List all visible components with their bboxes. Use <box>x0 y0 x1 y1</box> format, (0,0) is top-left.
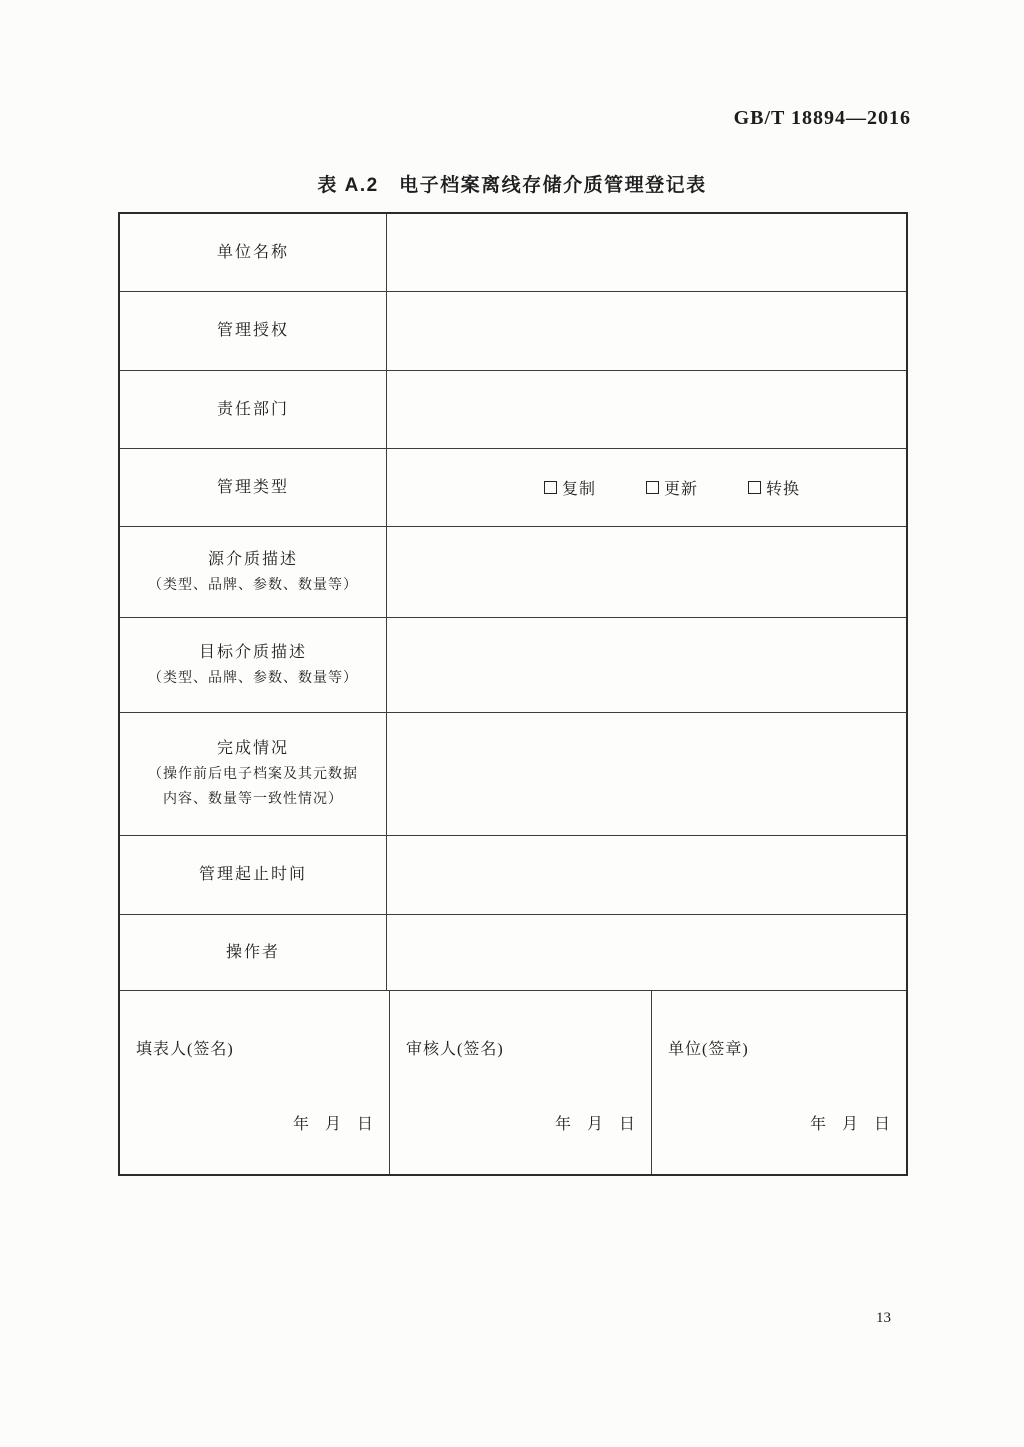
row-management-period: 管理起止时间 <box>120 835 906 914</box>
checkbox-label: 复制 <box>562 476 596 499</box>
signature-label: 审核人(签名) <box>406 1036 504 1059</box>
signature-row: 填表人(签名) 年 月 日 审核人(签名) 年 月 日 单位(签章) 年 月 日 <box>120 990 906 1174</box>
source-media-value-cell <box>387 527 906 617</box>
row-label: 管理类型 <box>217 475 289 501</box>
signature-date: 年 月 日 <box>293 1111 373 1134</box>
row-label: 管理起止时间 <box>199 862 307 888</box>
row-sublabel: （类型、品牌、参数、数量等） <box>148 573 358 598</box>
unit-name-value-cell <box>387 214 906 291</box>
signature-label: 填表人(签名) <box>136 1036 234 1059</box>
standard-code: GB/T 18894—2016 <box>734 107 911 130</box>
table-title: 表 A.2 电子档案离线存储介质管理登记表 <box>0 170 1024 197</box>
management-authorization-value-cell <box>387 292 906 370</box>
management-type-value-cell: 复制 更新 转换 <box>387 449 906 526</box>
row-label-cell: 完成情况 （操作前后电子档案及其元数据 内容、数量等一致性情况） <box>120 713 387 835</box>
signature-cell-preparer: 填表人(签名) 年 月 日 <box>120 991 390 1174</box>
row-label-cell: 操作者 <box>120 915 387 990</box>
completion-status-value-cell <box>387 713 906 835</box>
row-source-media: 源介质描述 （类型、品牌、参数、数量等） <box>120 526 906 617</box>
checkbox-option-update: 更新 <box>646 476 698 499</box>
document-page: GB/T 18894—2016 表 A.2 电子档案离线存储介质管理登记表 单位… <box>0 0 1024 1447</box>
row-target-media: 目标介质描述 （类型、品牌、参数、数量等） <box>120 617 906 712</box>
checkbox-icon <box>748 481 761 494</box>
row-management-type: 管理类型 复制 更新 转换 <box>120 448 906 526</box>
row-sublabel: 内容、数量等一致性情况） <box>163 787 343 812</box>
signature-date: 年 月 日 <box>810 1111 890 1134</box>
responsible-department-value-cell <box>387 371 906 448</box>
row-sublabel: （操作前后电子档案及其元数据 <box>148 762 358 787</box>
row-label: 操作者 <box>226 940 280 966</box>
row-label-cell: 目标介质描述 （类型、品牌、参数、数量等） <box>120 618 387 712</box>
checkbox-label: 转换 <box>766 476 800 499</box>
row-sublabel: （类型、品牌、参数、数量等） <box>148 666 358 691</box>
checkbox-label: 更新 <box>664 476 698 499</box>
row-operator: 操作者 <box>120 914 906 990</box>
signature-label: 单位(签章) <box>668 1036 749 1059</box>
checkbox-icon <box>646 481 659 494</box>
row-label-cell: 管理起止时间 <box>120 836 387 914</box>
target-media-value-cell <box>387 618 906 712</box>
row-label-cell: 管理类型 <box>120 449 387 526</box>
registration-form-table: 单位名称 管理授权 责任部门 管理类型 复制 <box>118 212 908 1176</box>
row-label-cell: 单位名称 <box>120 214 387 291</box>
row-label: 单位名称 <box>217 240 289 266</box>
row-responsible-department: 责任部门 <box>120 370 906 448</box>
management-period-value-cell <box>387 836 906 914</box>
operator-value-cell <box>387 915 906 990</box>
row-unit-name: 单位名称 <box>120 214 906 291</box>
checkbox-icon <box>544 481 557 494</box>
row-label: 源介质描述 <box>208 547 298 573</box>
row-label-cell: 责任部门 <box>120 371 387 448</box>
row-label: 完成情况 <box>217 736 289 762</box>
row-management-authorization: 管理授权 <box>120 291 906 370</box>
row-label: 责任部门 <box>217 397 289 423</box>
row-label-cell: 管理授权 <box>120 292 387 370</box>
row-label-cell: 源介质描述 （类型、品牌、参数、数量等） <box>120 527 387 617</box>
row-label: 目标介质描述 <box>199 640 307 666</box>
row-label: 管理授权 <box>217 318 289 344</box>
page-number: 13 <box>876 1310 891 1327</box>
checkbox-option-copy: 复制 <box>544 476 596 499</box>
signature-date: 年 月 日 <box>555 1111 635 1134</box>
row-completion-status: 完成情况 （操作前后电子档案及其元数据 内容、数量等一致性情况） <box>120 712 906 835</box>
checkbox-option-convert: 转换 <box>748 476 800 499</box>
signature-cell-unit-seal: 单位(签章) 年 月 日 <box>652 991 906 1174</box>
signature-cell-reviewer: 审核人(签名) 年 月 日 <box>390 991 652 1174</box>
